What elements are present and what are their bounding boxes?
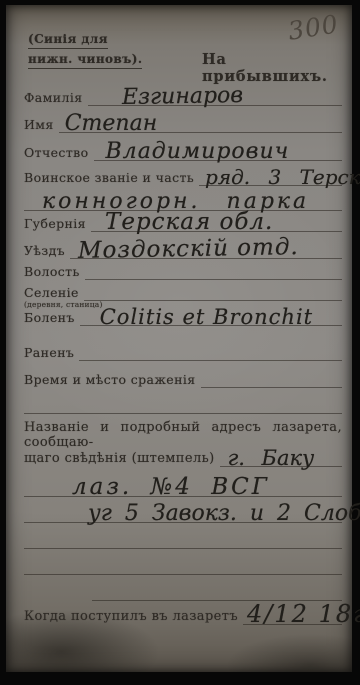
field-wounded-label: Раненъ [24,347,74,362]
form-title: На прибывшихъ. [202,51,352,85]
paper-sheet: (Синія для нижн. чиновъ). 300 На прибывш… [6,5,352,672]
field-battle-line [201,367,342,388]
corner-note-line1: (Синія для [28,33,108,49]
field-village-label-text: Селеніе [24,285,79,300]
handwritten-page-number: 300 [286,9,341,46]
field-village-line [84,280,342,301]
blank-row-3 [92,575,342,601]
scanned-document: (Синія для нижн. чиновъ). 300 На прибывш… [0,0,360,685]
field-district: Уѣздъ Моздокскій отд. [24,239,342,259]
field-rank-unit-cont: конногорн. парка [24,191,342,211]
field-hospital: щаго свѣдѣнія (штемпель) г. Баку [24,443,342,467]
field-first-name: Имя Степан [24,113,342,133]
blank-rule [24,548,342,575]
field-surname-label: Фамилія [24,92,83,107]
field-admitted-value: 4/12 18г. [247,600,360,628]
field-rank-unit: Воинское званіе и часть ряд. 3 Терск. [24,166,342,186]
field-illness-label: Боленъ [24,312,75,327]
field-admitted: Когда поступилъ въ лазаретъ 4/12 18г. [24,601,342,625]
field-admitted-line: 4/12 18г. [243,600,342,625]
field-surname-value: Езгинаров [121,83,243,110]
field-patronymic-label: Отчество [24,147,89,162]
field-illness-line: Colitis et Bronchit [80,305,342,326]
field-patronymic: Отчество Владимирович [24,141,342,161]
field-village: Селеніе (деревня, станица) [24,281,342,301]
field-province-label: Губернія [24,218,86,233]
corner-note-line2: нижн. чиновъ). [28,53,142,69]
field-illness: Боленъ Colitis et Bronchit [24,306,342,326]
field-wounded: Раненъ [24,341,342,361]
field-village-label: Селеніе (деревня, станица) [24,287,79,302]
blank-row-1 [24,523,342,549]
field-wounded-line [79,340,342,361]
field-illness-value: Colitis et Bronchit [100,305,313,329]
field-hospital-row2: лаз. №4 ВСГ [24,471,342,497]
blank-rule [24,522,342,549]
field-hospital-row3: уг 5 Завокз. и 2 Слоб. [24,497,342,523]
field-admitted-label: Когда поступилъ въ лазаретъ [24,610,238,625]
field-hospital-value1: г. Баку [228,446,315,470]
field-first-name-line: Степан [59,112,342,133]
field-rank-unit-line: ряд. 3 Терск. [199,165,342,186]
field-patronymic-value: Владимирович [106,139,290,164]
field-rank-unit-label: Воинское званіе и часть [24,172,194,187]
field-battle-label: Время и мѣсто сраженія [24,374,196,389]
field-patronymic-line: Владимирович [94,140,342,161]
field-battle: Время и мѣсто сраженія [24,368,342,388]
field-hospital-line2: лаз. №4 ВСГ [24,470,342,497]
field-hospital-line3: уг 5 Завокз. и 2 Слоб. [24,496,342,523]
field-hospital-label-line2: щаго свѣдѣнія (штемпель) [24,452,215,467]
field-province-line: Терская обл. [91,211,342,232]
field-volost: Волость [24,260,342,280]
field-district-label: Уѣздъ [24,245,65,260]
field-rank-unit-value: ряд. 3 Терск. [205,165,360,189]
blank-rule [24,393,342,414]
field-volost-label: Волость [24,266,80,281]
field-province-value: Терская обл. [105,209,273,235]
corner-note: (Синія для нижн. чиновъ). [28,33,142,69]
field-province: Губернія Терская обл. [24,212,342,232]
field-first-name-value: Степан [65,111,158,136]
blank-row-2 [24,549,342,575]
field-battle-blank-line [24,394,342,414]
field-volost-line [85,259,342,280]
field-surname-line: Езгинаров [88,85,342,106]
field-surname: Фамилія Езгинаров [24,86,342,106]
field-first-name-label: Имя [24,119,54,134]
field-hospital-line1: г. Баку [220,442,342,467]
blank-rule [92,574,342,601]
field-district-line: Моздокскій отд. [70,238,342,259]
field-rank-unit-line2: конногорн. парка [24,190,342,211]
